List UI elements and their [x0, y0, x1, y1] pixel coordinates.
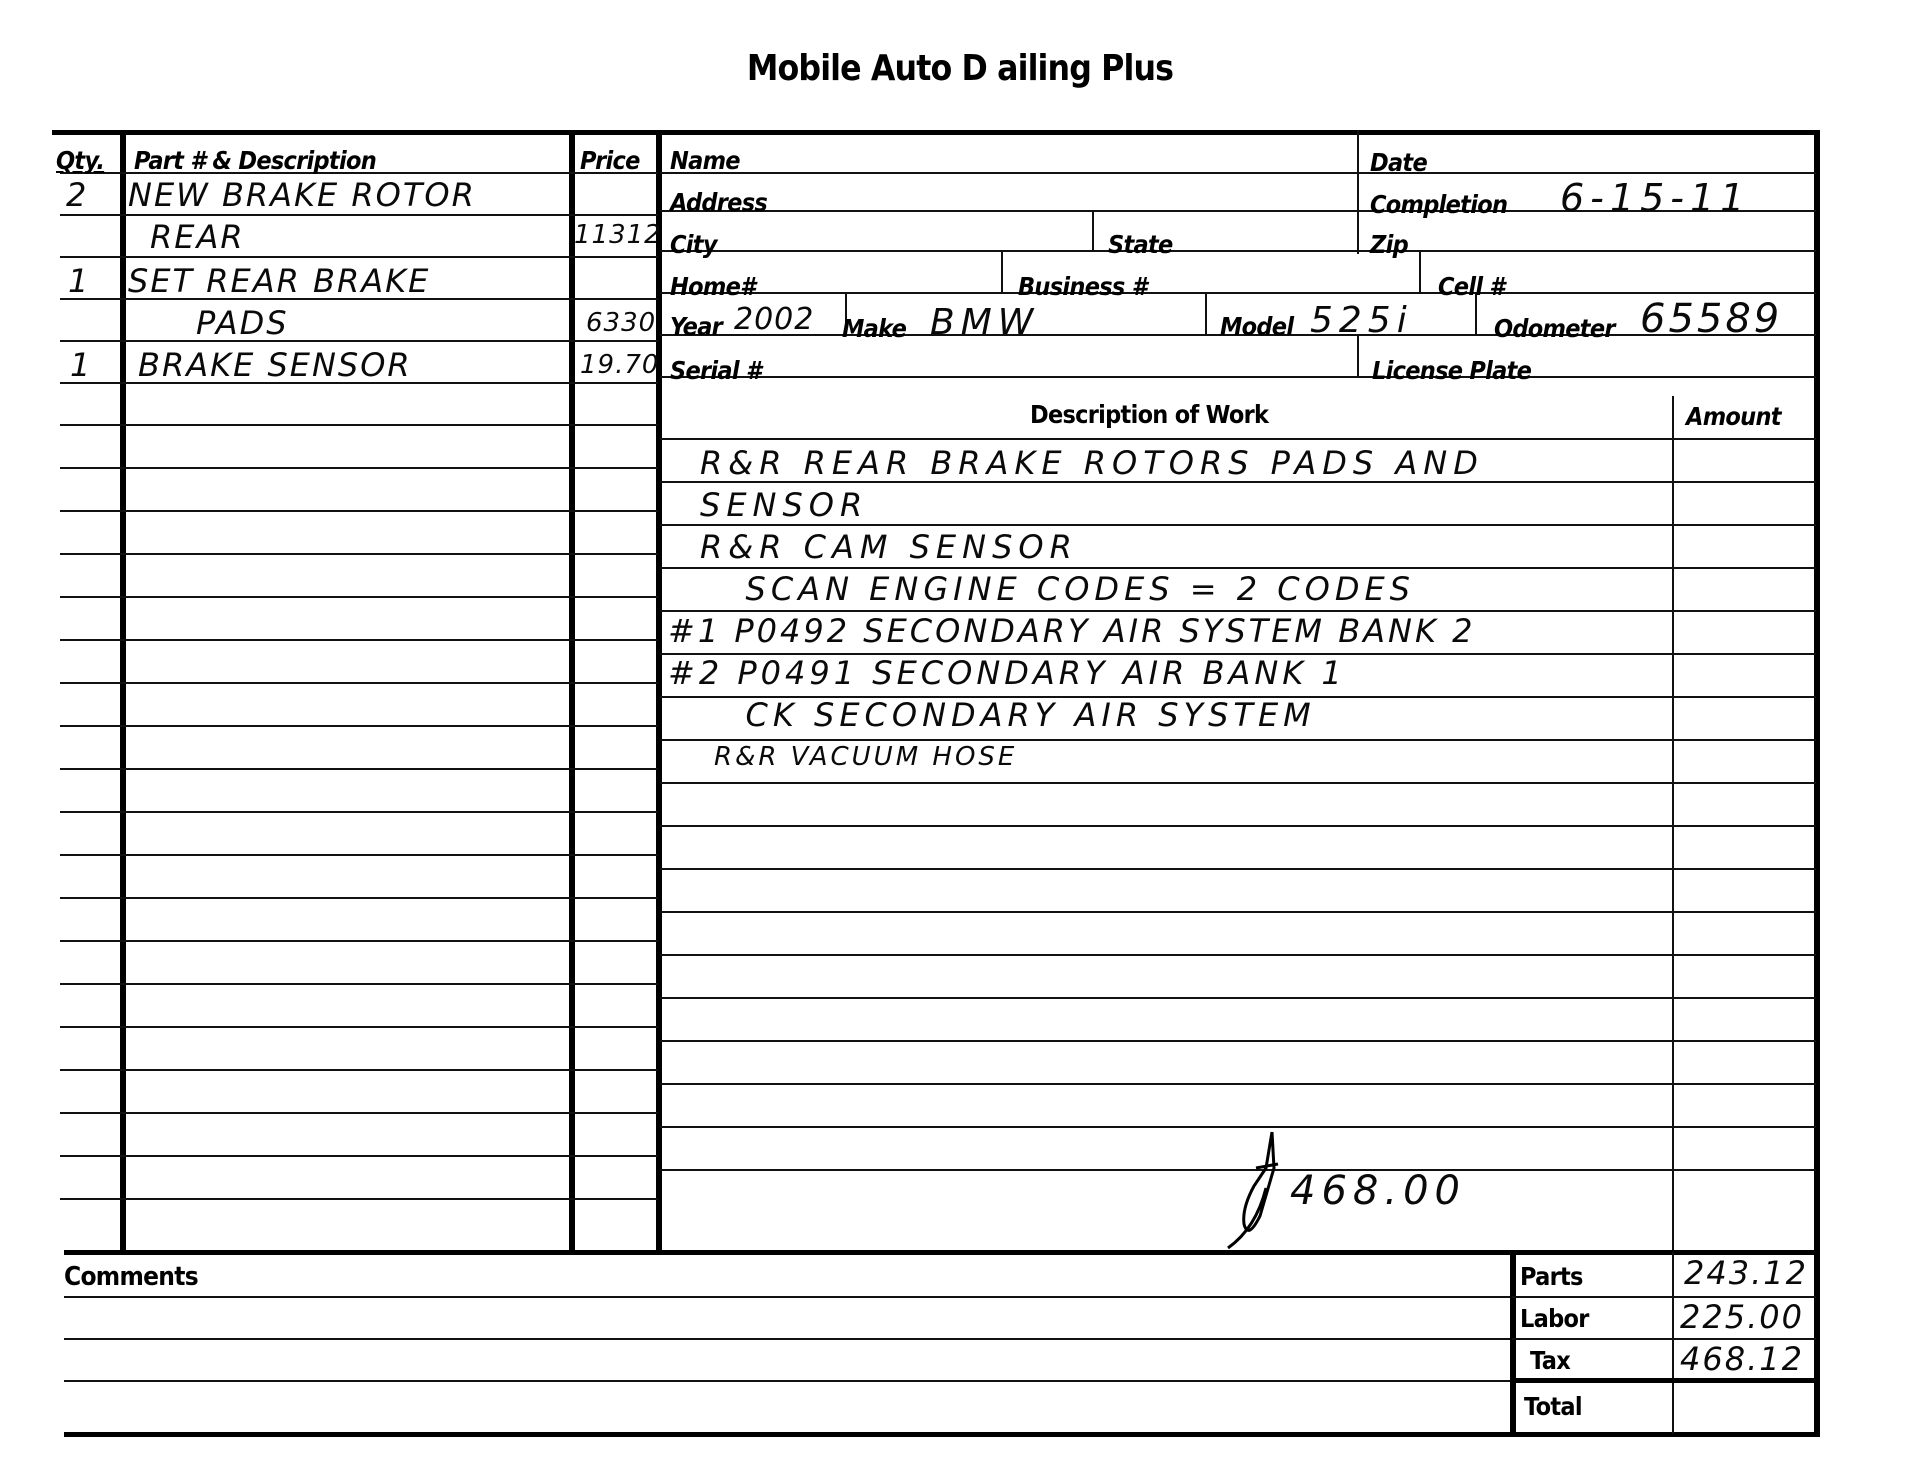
rule: [660, 172, 1816, 174]
work-line-2[interactable]: SENSOR: [700, 486, 868, 524]
make-value[interactable]: BMW: [930, 302, 1039, 343]
rule: [60, 983, 658, 985]
qty-header: Qty.: [56, 146, 104, 175]
rule: [660, 376, 1816, 378]
model-divider: [1205, 292, 1207, 334]
odometer-value[interactable]: 65589: [1640, 296, 1782, 342]
frame-top: [52, 130, 1820, 135]
work-line-7[interactable]: CK SECONDARY AIR SYSTEM: [700, 696, 1316, 734]
price-header: Price: [580, 146, 640, 175]
row-4-price[interactable]: 6330: [586, 308, 656, 338]
make-label: Make: [842, 314, 906, 343]
rule: [660, 911, 1816, 913]
rule: [60, 854, 658, 856]
tax-label: Tax: [1530, 1346, 1570, 1375]
year-value[interactable]: 2002: [734, 302, 814, 337]
signature-scribble-icon: [1226, 1128, 1286, 1250]
rule: [60, 639, 658, 641]
row-3-qty[interactable]: 1: [68, 262, 90, 300]
rule: [60, 1112, 658, 1114]
rule: [660, 1040, 1816, 1042]
rule: [660, 567, 1816, 569]
rule: [660, 524, 1816, 526]
rule: [60, 340, 658, 342]
row-3-description[interactable]: SET REAR BRAKE: [128, 262, 430, 300]
row-2-price[interactable]: 11312: [574, 220, 662, 250]
rule: [660, 954, 1816, 956]
rule: [60, 256, 658, 258]
work-line-5[interactable]: #1 P0492 SECONDARY AIR SYSTEM BANK 2: [668, 612, 1475, 650]
description-of-work-header: Description of Work: [1030, 400, 1268, 429]
rule: [60, 1155, 658, 1157]
amount-header: Amount: [1686, 402, 1781, 431]
date-label: Date: [1370, 148, 1427, 177]
row-5-price[interactable]: 19.70: [580, 350, 659, 380]
rule: [60, 424, 658, 426]
state-label: State: [1108, 230, 1173, 259]
comments-label: Comments: [64, 1262, 198, 1292]
rule: [60, 1198, 658, 1200]
name-label: Name: [670, 146, 740, 175]
date-divider: [1357, 130, 1359, 254]
row-5-description[interactable]: BRAKE SENSOR: [138, 346, 412, 384]
cell-label: Cell #: [1438, 272, 1504, 301]
completion-label: Completion: [1370, 190, 1507, 219]
row-2-description[interactable]: REAR: [150, 218, 245, 256]
row-5-qty[interactable]: 1: [70, 346, 92, 384]
work-line-4[interactable]: SCAN ENGINE CODES = 2 CODES: [700, 570, 1415, 608]
rule: [60, 725, 658, 727]
model-label: Model: [1220, 312, 1293, 341]
rule: [60, 467, 658, 469]
cell-divider: [1419, 250, 1421, 292]
rule: [60, 940, 658, 942]
address-label: Address: [670, 188, 767, 217]
row-1-qty[interactable]: 2: [66, 176, 88, 214]
rule: [1512, 1378, 1816, 1383]
labor-label: Labor: [1520, 1304, 1589, 1333]
row-1-description[interactable]: NEW BRAKE ROTOR: [128, 176, 476, 214]
rule: [660, 1083, 1816, 1085]
rule: [660, 250, 1816, 252]
parts-value[interactable]: 243.12: [1684, 1254, 1808, 1292]
comments-field[interactable]: [64, 1298, 1508, 1430]
odometer-label: Odometer: [1494, 314, 1615, 343]
rule: [660, 438, 1816, 440]
rule: [60, 510, 658, 512]
work-line-6[interactable]: #2 P0491 SECONDARY AIR BANK 1: [668, 654, 1346, 692]
business-label: Business #: [1018, 272, 1147, 301]
tax-value[interactable]: 468.12: [1680, 1340, 1804, 1378]
rule: [60, 1069, 658, 1071]
rule: [60, 897, 658, 899]
rule: [60, 768, 658, 770]
signature-total: 468.00: [1290, 1168, 1466, 1214]
completion-value[interactable]: 6-15-11: [1560, 176, 1750, 220]
rule: [60, 811, 658, 813]
form-title: Mobile Auto D ailing Plus: [115, 48, 1805, 89]
rule: [660, 825, 1816, 827]
rule: [660, 739, 1816, 741]
business-divider: [1001, 250, 1003, 292]
model-value[interactable]: 525i: [1310, 300, 1413, 341]
work-line-1[interactable]: R&R REAR BRAKE ROTORS PADS AND: [700, 444, 1484, 482]
frame-bottom: [64, 1432, 1820, 1437]
home-label: Home#: [670, 272, 755, 301]
rule: [660, 292, 1816, 294]
rule: [660, 997, 1816, 999]
totals-value-divider: [1672, 1252, 1674, 1434]
year-label: Year: [670, 312, 722, 341]
labor-value[interactable]: 225.00: [1680, 1298, 1804, 1336]
total-label: Total: [1524, 1392, 1582, 1421]
rule: [660, 782, 1816, 784]
row-4-description[interactable]: PADS: [196, 304, 289, 342]
rule: [60, 596, 658, 598]
totals-left-border: [1510, 1252, 1516, 1434]
parts-label: Parts: [1520, 1262, 1583, 1291]
rule: [660, 868, 1816, 870]
serial-label: Serial #: [670, 356, 761, 385]
section-divider: [64, 1250, 1818, 1255]
work-line-3[interactable]: R&R CAM SENSOR: [700, 528, 1078, 566]
rule: [60, 1026, 658, 1028]
rule: [60, 682, 658, 684]
work-line-8[interactable]: R&R VACUUM HOSE: [714, 742, 1017, 772]
zip-label: Zip: [1370, 230, 1408, 259]
rule: [60, 214, 658, 216]
license-plate-label: License Plate: [1372, 356, 1531, 385]
description-header: Part # & Description: [134, 146, 376, 175]
state-divider: [1092, 210, 1094, 252]
rule: [60, 553, 658, 555]
city-label: City: [670, 230, 717, 259]
